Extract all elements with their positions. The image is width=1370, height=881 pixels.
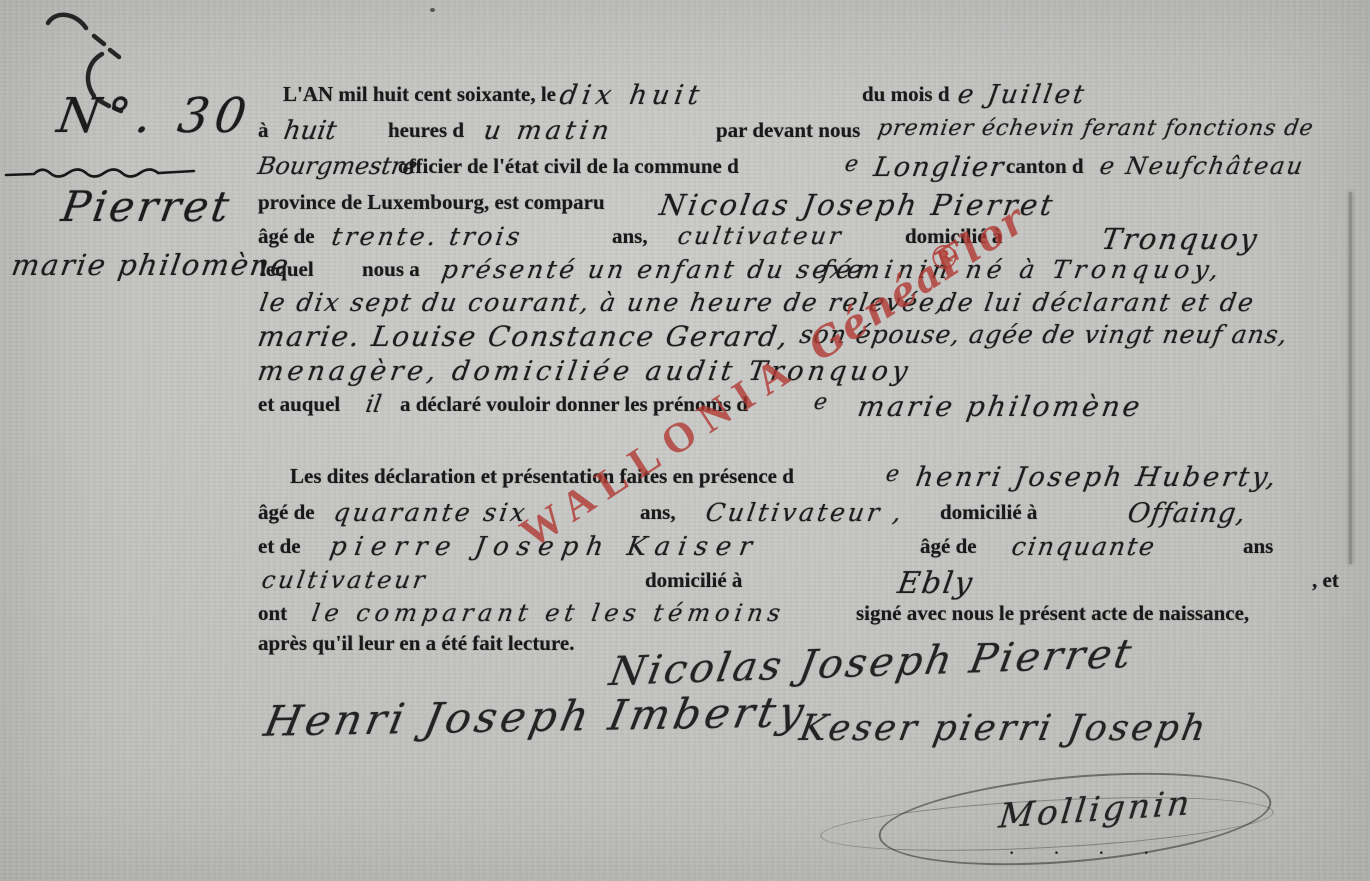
body-line: le dix sept du courant, à une heure de r… (0, 290, 1370, 324)
fold-line (1349, 192, 1352, 564)
printed-text: âgé de (258, 500, 315, 525)
ink-dot (430, 8, 435, 12)
printed-text: lequel (260, 257, 314, 282)
handwritten-text: u matin (482, 116, 615, 146)
printed-text: domicilié à (940, 500, 1037, 525)
body-line: lequel nous a présenté un enfant du sexe… (0, 257, 1370, 291)
printed-text: heures d (388, 118, 464, 143)
handwritten-residence: Tronquoy (1099, 222, 1261, 256)
printed-text: signé avec nous le présent acte de naiss… (856, 601, 1249, 626)
body-line: Bourgmestre officier de l'état civil de … (0, 154, 1370, 188)
signature-witness1: Henri Joseph Imberty (260, 687, 812, 745)
body-line: âgé de trente. trois ans, cultivateur do… (0, 224, 1370, 258)
printed-text: et de (258, 534, 301, 559)
printed-text: après qu'il leur en a été fait lecture. (258, 631, 575, 656)
printed-text: du mois d (862, 82, 950, 107)
body-line: L'AN mil huit cent soixante, le dix huit… (0, 82, 1370, 116)
witness1-name: henri Joseph Huberty, (914, 462, 1281, 493)
handwritten-profession: cultivateur (676, 222, 846, 250)
handwritten-hour: huit (282, 116, 339, 146)
body-line: menagère, domiciliée audit Tronquoy (0, 358, 1370, 392)
signature-witness2: Keser pierri Joseph (796, 708, 1211, 749)
handwritten-officer: premier échevin ferant fonctions de (876, 116, 1316, 141)
printed-text: âgé de (920, 534, 977, 559)
handwritten-age: trente. trois (330, 222, 525, 251)
printed-text: L'AN mil huit cent soixante, le (283, 82, 556, 107)
body-line: et de pierre Joseph Kaiser âgé de cinqua… (0, 534, 1370, 568)
printed-text: à (258, 118, 269, 143)
printed-text: nous a (362, 257, 420, 282)
witness1-profession: Cultivateur , (704, 498, 907, 527)
printed-text: ans, (612, 224, 648, 249)
witness2-age: cinquante (1010, 532, 1159, 561)
printed-text: et auquel (258, 392, 340, 417)
document-scan: N°. 30 Pierret marie philomène L'AN mil … (0, 0, 1370, 881)
handwritten-text: il (364, 390, 384, 418)
handwritten-day: dix huit (558, 80, 707, 111)
handwritten-canton: e Neufchâteau (1098, 152, 1307, 180)
printed-text: province de Luxembourg, est comparu (258, 190, 605, 215)
body-line: à huit heures d u matin par devant nous … (0, 118, 1370, 152)
printed-text: canton d (1006, 154, 1084, 179)
handwritten-text: présenté un enfant du sexe (440, 255, 868, 284)
signature-dots: · · · · (1008, 840, 1166, 866)
child-names-inline: marie philomène (855, 390, 1145, 423)
handwritten-month: e Juillet (956, 80, 1089, 110)
printed-text: ans (1243, 534, 1273, 559)
body-line: marie. Louise Constance Gerard, son épou… (0, 322, 1370, 356)
handwritten-text: Bourgmestre (256, 152, 419, 180)
body-line: ont le comparant et les témoins signé av… (0, 601, 1370, 635)
printed-text: ont (258, 601, 287, 626)
handwritten-text: e (812, 390, 829, 415)
handwritten-text: e (884, 462, 901, 487)
printed-text: domicilié à (645, 568, 742, 593)
witness2-residence: Ebly (895, 566, 976, 601)
body-line: cultivateur domicilié à Ebly , et (0, 568, 1370, 602)
printed-text: officier de l'état civil de la commune d (398, 154, 739, 179)
witness2-profession: cultivateur (260, 566, 430, 594)
handwritten-text: le comparant et les témoins (310, 599, 788, 627)
handwritten-text: de lui déclarant et de (938, 288, 1258, 317)
printed-text: par devant nous (716, 118, 860, 143)
printed-text: , et (1312, 568, 1339, 593)
witness1-residence: Offaing, (1126, 498, 1249, 529)
body-line: âgé de quarante six ans, Cultivateur , d… (0, 500, 1370, 534)
mother-name: marie. Louise Constance Gerard, (255, 320, 792, 353)
printed-text: Les dites déclaration et présentation fa… (290, 464, 794, 489)
handwritten-text: e (843, 152, 860, 177)
body-line: Les dites déclaration et présentation fa… (0, 464, 1370, 498)
witness1-age: quarante six (332, 498, 530, 527)
body-line: province de Luxembourg, est comparu Nico… (0, 190, 1370, 224)
printed-text: âgé de (258, 224, 315, 249)
handwritten-commune: Longlier (872, 152, 1008, 183)
printed-text: ans, (640, 500, 676, 525)
